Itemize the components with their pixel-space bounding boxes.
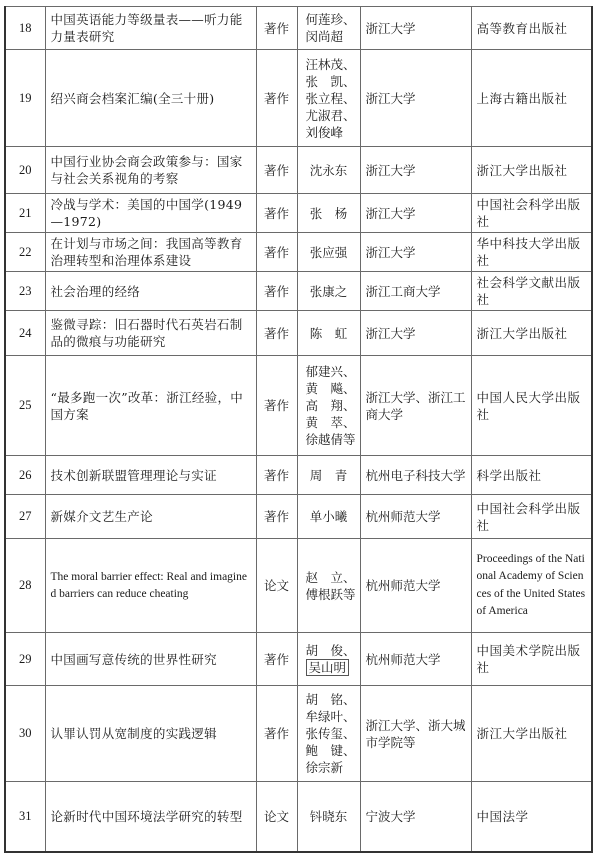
work-title: 中国英语能力等级量表——听力能力量表研究 [45,7,256,50]
authors-cell: 何莲珍、闵尚超 [297,7,360,50]
work-type: 著作 [256,233,297,272]
work-type: 著作 [256,7,297,50]
table-row: 31论新时代中国环境法学研究的转型论文钭晓东宁波大学中国法学 [5,782,592,852]
work-type: 著作 [256,147,297,194]
table-row: 26技术创新联盟管理理论与实证著作周 青杭州电子科技大学科学出版社 [5,456,592,495]
author-name: 张康之 [303,283,355,300]
author-name: 郁建兴、 [303,363,355,380]
affiliation: 浙江大学 [360,50,471,147]
authors-cell: 赵 立、傅根跃等 [297,539,360,633]
author-name: 周 青 [303,467,355,484]
row-number: 18 [5,7,45,50]
affiliation: 浙江大学 [360,147,471,194]
table-row: 30认罪认罚从宽制度的实践逻辑著作胡 铭、牟绿叶、张传玺、鲍 键、徐宗新浙江大学… [5,686,592,782]
table-row: 28The moral barrier effect: Real and ima… [5,539,592,633]
work-title: 鉴微寻踪：旧石器时代石英岩石制品的微痕与功能研究 [45,311,256,356]
row-number: 19 [5,50,45,147]
authors-cell: 张 杨 [297,194,360,233]
author-name: 张 杨 [303,205,355,222]
authors-cell: 周 青 [297,456,360,495]
publisher: 中国社会科学出版社 [471,194,592,233]
affiliation: 浙江工商大学 [360,272,471,311]
awards-table: 18中国英语能力等级量表——听力能力量表研究著作何莲珍、闵尚超浙江大学高等教育出… [4,6,593,853]
affiliation: 浙江大学、浙江工商大学 [360,356,471,456]
work-title: 新媒介文艺生产论 [45,495,256,539]
row-number: 24 [5,311,45,356]
work-type: 论文 [256,782,297,852]
publisher: 中国法学 [471,782,592,852]
table-row: 23社会治理的经络著作张康之浙江工商大学社会科学文献出版社 [5,272,592,311]
row-number: 27 [5,495,45,539]
row-number: 30 [5,686,45,782]
author-name: 徐宗新 [303,759,355,776]
table-row: 20中国行业协会商会政策参与：国家与社会关系视角的考察著作沈永东浙江大学浙江大学… [5,147,592,194]
affiliation: 浙江大学 [360,311,471,356]
author-name: 单小曦 [303,508,355,525]
author-name: 牟绿叶、 [303,708,355,725]
affiliation: 杭州电子科技大学 [360,456,471,495]
author-name: 汪林茂、 [303,56,355,73]
row-number: 25 [5,356,45,456]
awards-table-body: 18中国英语能力等级量表——听力能力量表研究著作何莲珍、闵尚超浙江大学高等教育出… [5,7,592,852]
author-name: 钭晓东 [303,808,355,825]
author-name: 黄 萃、 [303,414,355,431]
publisher: 上海古籍出版社 [471,50,592,147]
authors-cell: 单小曦 [297,495,360,539]
author-name: 徐越倩等 [303,431,355,448]
affiliation: 宁波大学 [360,782,471,852]
authors-cell: 钭晓东 [297,782,360,852]
work-title: 社会治理的经络 [45,272,256,311]
publisher: Proceedings of the National Academy of S… [471,539,592,633]
row-number: 31 [5,782,45,852]
row-number: 28 [5,539,45,633]
affiliation: 杭州师范大学 [360,495,471,539]
author-name: 陈 虹 [303,325,355,342]
author-name: 闵尚超 [303,28,355,45]
publisher: 中国美术学院出版社 [471,633,592,686]
work-type: 著作 [256,272,297,311]
publisher: 中国人民大学出版社 [471,356,592,456]
work-title: 技术创新联盟管理理论与实证 [45,456,256,495]
table-row: 21冷战与学术：美国的中国学(1949—1972)著作张 杨浙江大学中国社会科学… [5,194,592,233]
row-number: 23 [5,272,45,311]
work-title: 绍兴商会档案汇编(全三十册) [45,50,256,147]
work-type: 著作 [256,686,297,782]
affiliation: 杭州师范大学 [360,633,471,686]
work-title: 论新时代中国环境法学研究的转型 [45,782,256,852]
work-type: 著作 [256,194,297,233]
authors-cell: 张康之 [297,272,360,311]
author-name: 张 凯、 [303,73,355,90]
author-name: 张应强 [303,244,355,261]
authors-cell: 张应强 [297,233,360,272]
author-name: 黄 飚、 [303,380,355,397]
author-name: 尤淑君、 [303,107,355,124]
publisher: 高等教育出版社 [471,7,592,50]
affiliation: 浙江大学 [360,194,471,233]
author-name: 鲍 键、 [303,742,355,759]
work-type: 著作 [256,356,297,456]
publisher: 中国社会科学出版社 [471,495,592,539]
author-name: 胡 铭、 [303,691,355,708]
author-name: 赵 立、 [303,569,355,586]
table-row: 19绍兴商会档案汇编(全三十册)著作汪林茂、张 凯、张立程、尤淑君、刘俊峰浙江大… [5,50,592,147]
work-title: The moral barrier effect: Real and imagi… [45,539,256,633]
author-name: 张传玺、 [303,725,355,742]
work-title: 认罪认罚从宽制度的实践逻辑 [45,686,256,782]
work-type: 著作 [256,633,297,686]
row-number: 21 [5,194,45,233]
author-name: 傅根跃等 [303,586,355,603]
authors-cell: 郁建兴、黄 飚、高 翔、黄 萃、徐越倩等 [297,356,360,456]
author-name: 何莲珍、 [303,11,355,28]
authors-cell: 陈 虹 [297,311,360,356]
row-number: 20 [5,147,45,194]
work-type: 著作 [256,50,297,147]
authors-cell: 沈永东 [297,147,360,194]
authors-cell: 胡 俊、吴山明 [297,633,360,686]
author-name: 高 翔、 [303,397,355,414]
author-name: 刘俊峰 [303,124,355,141]
author-name: 吴山明 [303,659,355,676]
table-row: 24鉴微寻踪：旧石器时代石英岩石制品的微痕与功能研究著作陈 虹浙江大学浙江大学出… [5,311,592,356]
work-title: 中国画写意传统的世界性研究 [45,633,256,686]
work-type: 著作 [256,456,297,495]
highlighted-author-name: 吴山明 [306,659,350,676]
row-number: 26 [5,456,45,495]
publisher: 浙江大学出版社 [471,147,592,194]
work-type: 著作 [256,495,297,539]
work-type: 论文 [256,539,297,633]
publisher: 科学出版社 [471,456,592,495]
work-title: 在计划与市场之间：我国高等教育治理转型和治理体系建设 [45,233,256,272]
authors-cell: 汪林茂、张 凯、张立程、尤淑君、刘俊峰 [297,50,360,147]
row-number: 22 [5,233,45,272]
publisher: 浙江大学出版社 [471,686,592,782]
author-name: 胡 俊、 [303,642,355,659]
work-title: 冷战与学术：美国的中国学(1949—1972) [45,194,256,233]
publisher: 浙江大学出版社 [471,311,592,356]
table-row: 29中国画写意传统的世界性研究著作胡 俊、吴山明杭州师范大学中国美术学院出版社 [5,633,592,686]
affiliation: 杭州师范大学 [360,539,471,633]
table-row: 22在计划与市场之间：我国高等教育治理转型和治理体系建设著作张应强浙江大学华中科… [5,233,592,272]
affiliation: 浙江大学 [360,233,471,272]
author-name: 张立程、 [303,90,355,107]
row-number: 29 [5,633,45,686]
author-name: 沈永东 [303,162,355,179]
affiliation: 浙江大学、浙大城市学院等 [360,686,471,782]
publisher: 华中科技大学出版社 [471,233,592,272]
table-row: 27新媒介文艺生产论著作单小曦杭州师范大学中国社会科学出版社 [5,495,592,539]
work-type: 著作 [256,311,297,356]
publisher: 社会科学文献出版社 [471,272,592,311]
work-title: “最多跑一次”改革：浙江经验，中国方案 [45,356,256,456]
affiliation: 浙江大学 [360,7,471,50]
table-row: 18中国英语能力等级量表——听力能力量表研究著作何莲珍、闵尚超浙江大学高等教育出… [5,7,592,50]
table-row: 25“最多跑一次”改革：浙江经验，中国方案著作郁建兴、黄 飚、高 翔、黄 萃、徐… [5,356,592,456]
authors-cell: 胡 铭、牟绿叶、张传玺、鲍 键、徐宗新 [297,686,360,782]
work-title: 中国行业协会商会政策参与：国家与社会关系视角的考察 [45,147,256,194]
